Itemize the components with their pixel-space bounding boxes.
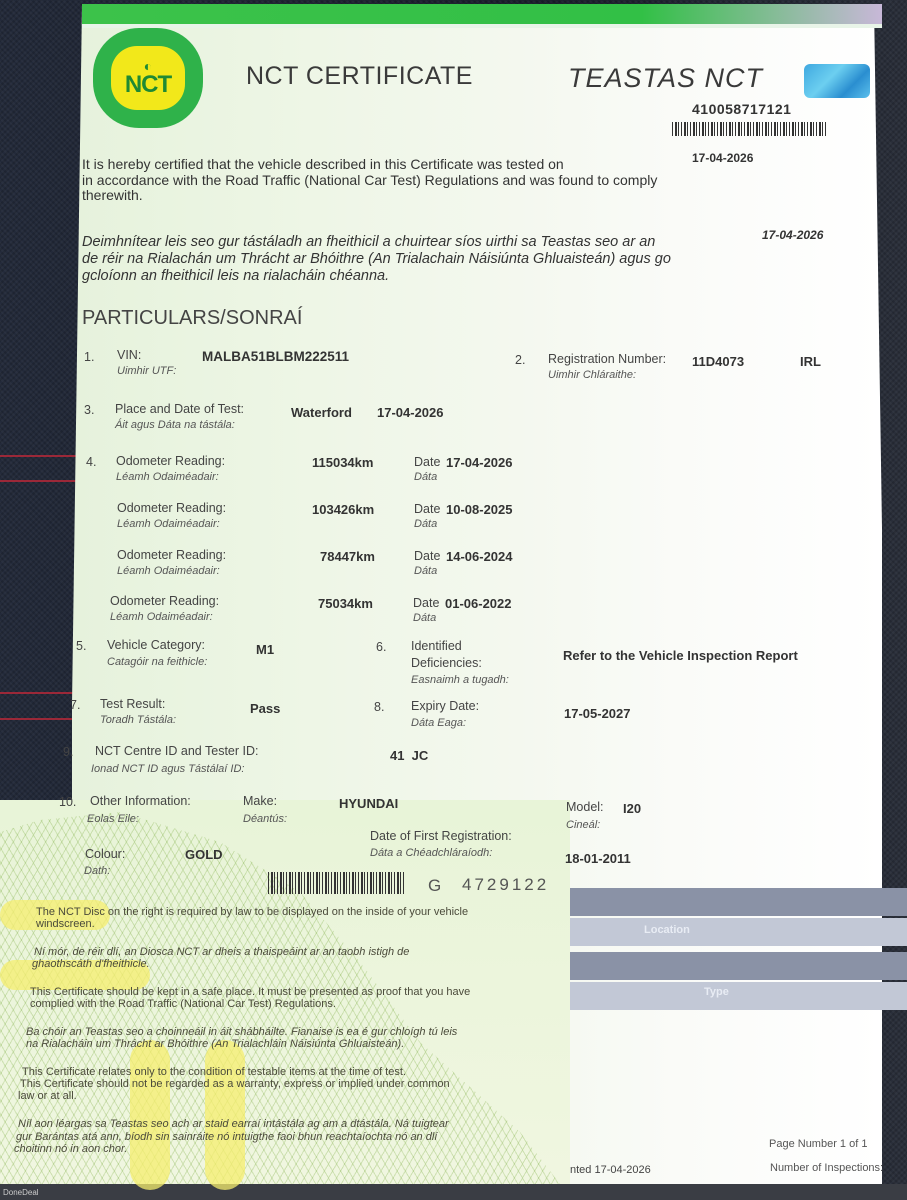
odometer-date: 17-04-2026 [446, 455, 513, 470]
make-label: Make: [243, 795, 277, 808]
odometer-date-label: Date [414, 455, 440, 469]
notice-line: choitinn nó in aon chor. [14, 1143, 127, 1155]
make-value: HYUNDAI [339, 796, 398, 811]
item-number: 8. [374, 700, 384, 714]
statement-en-line: therewith. [82, 187, 143, 203]
item-number: 10. [59, 795, 76, 809]
vin-label: VIN: [117, 349, 141, 362]
centre-label-ga: Ionad NCT ID agus Tástálaí ID: [91, 763, 244, 775]
vin-label-ga: Uimhir UTF: [117, 365, 176, 377]
watermark-logo: DoneDeal [3, 1188, 39, 1197]
colour-value: GOLD [185, 847, 223, 862]
statement-ga-line: gcloíonn an fheithicil leis na rialachái… [82, 268, 389, 285]
model-label-ga: Cineál: [566, 819, 600, 831]
item-number: 4. [86, 455, 96, 469]
nct-logo: ◐ NCT [93, 28, 203, 128]
item-number: 5. [76, 639, 86, 653]
printed-date: nted 17-04-2026 [570, 1164, 651, 1176]
test-date: 17-04-2026 [377, 405, 444, 420]
item-number: 2. [515, 353, 525, 367]
expiry-label: Expiry Date: [411, 700, 479, 713]
model-value: I20 [623, 801, 641, 816]
odometer-label: Odometer Reading: [117, 549, 226, 562]
registration-country: IRL [800, 354, 821, 369]
result-label-ga: Toradh Tástála: [100, 714, 176, 726]
odometer-label-ga: Léamh Odaiméadair: [117, 565, 220, 577]
notice-line: This Certificate should be kept in a saf… [30, 986, 470, 998]
deficiencies-label: Deficiencies: [411, 657, 482, 670]
odometer-label: Odometer Reading: [117, 502, 226, 515]
odometer-label: Odometer Reading: [116, 455, 225, 468]
title-irish: TEASTAS NCT [568, 63, 763, 94]
hologram-icon [804, 64, 870, 98]
expiry-value: 17-05-2027 [564, 706, 631, 721]
notice-line: The NCT Disc on the right is required by… [36, 906, 468, 918]
expiry-label-ga: Dáta Eaga: [411, 717, 466, 729]
item-number: 3. [84, 403, 94, 417]
statement-ga-line: Deimhnítear leis seo gur tástáladh an fh… [82, 234, 655, 251]
location-label: Location [644, 924, 690, 936]
disc-barcode [268, 872, 406, 894]
first-registration-label-ga: Dáta a Chéadchláraíodh: [370, 847, 492, 859]
notice-line: Níl aon léargas sa Teastas seo ach ar st… [18, 1118, 449, 1130]
type-label: Type [704, 986, 729, 998]
odometer-date-label-ga: Dáta [414, 471, 437, 483]
odometer-label-ga: Léamh Odaiméadair: [117, 518, 220, 530]
colour-label-ga: Dath: [84, 865, 110, 877]
odometer-date-label-ga: Dáta [414, 518, 437, 530]
disc-code-number: 4729122 [462, 875, 549, 895]
statement-en-line: It is hereby certified that the vehicle … [82, 156, 564, 172]
odometer-date: 01-06-2022 [445, 596, 512, 611]
notice-line: Ba chóir an Teastas seo a choinneáil in … [26, 1026, 457, 1038]
odometer-label-ga: Léamh Odaiméadair: [116, 471, 219, 483]
centre-value: 41 JC [390, 748, 428, 763]
notice-line: ghaothscáth d'fheithicle. [32, 958, 150, 970]
place-date-label: Place and Date of Test: [115, 403, 244, 416]
deficiencies-label: Identified [411, 640, 462, 653]
test-date-ga: 17-04-2026 [762, 228, 823, 242]
category-label-ga: Catagóir na feithicle: [107, 656, 207, 668]
odometer-date-label: Date [413, 596, 439, 610]
serial-number: 410058717121 [692, 101, 791, 117]
odometer-date: 10-08-2025 [446, 502, 513, 517]
title-english: NCT CERTIFICATE [246, 62, 473, 91]
statement-ga-line: de réir na Rialachán um Thrácht ar Bhóit… [82, 251, 671, 268]
notice-line: complied with the Road Traffic (National… [30, 998, 336, 1010]
inspections-count-label: Number of Inspections: [770, 1162, 883, 1174]
background-fabric-bottom [0, 1184, 907, 1200]
first-registration-value: 18-01-2011 [565, 851, 631, 866]
odometer-label-ga: Léamh Odaiméadair: [110, 611, 213, 623]
item-number: 9. [63, 745, 73, 759]
test-date-en: 17-04-2026 [692, 151, 753, 165]
registration-label: Registration Number: [548, 353, 666, 366]
item-number: 7. [70, 698, 80, 712]
other-info-label-ga: Eolas Eile: [87, 813, 139, 825]
colour-label: Colour: [85, 848, 125, 861]
result-label: Test Result: [100, 698, 165, 711]
other-info-label: Other Information: [90, 795, 191, 808]
stitch-line [0, 480, 78, 482]
stitch-line [0, 718, 78, 720]
first-registration-label: Date of First Registration: [370, 830, 512, 843]
odometer-date: 14-06-2024 [446, 549, 513, 564]
odometer-label: Odometer Reading: [110, 595, 219, 608]
odometer-value: 103426km [312, 502, 374, 517]
notice-line: gur Barántas atá ann, bíodh sin sainráit… [16, 1131, 437, 1143]
result-value: Pass [250, 701, 280, 716]
registration-value: 11D4073 [692, 354, 744, 369]
security-pattern [130, 1040, 170, 1190]
security-pattern [205, 1040, 245, 1190]
stitch-line [0, 692, 78, 694]
odometer-value: 78447km [320, 549, 375, 564]
notice-line: na Rialacháin um Thrácht ar Bhóithre (An… [26, 1038, 404, 1050]
registration-label-ga: Uimhir Chláraithe: [548, 369, 636, 381]
odometer-date-label: Date [414, 502, 440, 516]
page-number: Page Number 1 of 1 [769, 1138, 867, 1150]
notice-line: law or at all. [18, 1090, 77, 1102]
inspection-report-stub: Location Type [570, 888, 907, 1014]
disc-code-letter: G [428, 876, 441, 896]
odometer-date-label: Date [414, 549, 440, 563]
odometer-value: 75034km [318, 596, 373, 611]
odometer-date-label-ga: Dáta [413, 612, 436, 624]
make-label-ga: Déantús: [243, 813, 287, 825]
serial-barcode [672, 122, 828, 136]
notice-line: Ní mór, de réir dlí, an Diosca NCT ar dh… [34, 946, 409, 958]
odometer-date-label-ga: Dáta [414, 565, 437, 577]
item-number: 6. [376, 640, 386, 654]
odometer-value: 115034km [312, 455, 373, 470]
statement-en-line: in accordance with the Road Traffic (Nat… [82, 172, 657, 188]
header-green-bar [82, 4, 882, 28]
model-label: Model: [566, 801, 604, 814]
item-number: 1. [84, 350, 94, 364]
notice-line: This Certificate relates only to the con… [22, 1066, 406, 1078]
stitch-line [0, 455, 78, 457]
test-place: Waterford [291, 405, 352, 420]
notice-line: windscreen. [36, 918, 95, 930]
notice-line: This Certificate should not be regarded … [20, 1078, 450, 1090]
particulars-heading: PARTICULARS/SONRAÍ [82, 307, 302, 330]
category-label: Vehicle Category: [107, 639, 205, 652]
centre-label: NCT Centre ID and Tester ID: [95, 745, 259, 758]
place-date-label-ga: Áit agus Dáta na tástála: [115, 419, 235, 431]
vin-value: MALBA51BLBM222511 [202, 349, 349, 364]
deficiencies-value: Refer to the Vehicle Inspection Report [563, 648, 798, 663]
deficiencies-label-ga: Easnaimh a tugadh: [411, 674, 509, 686]
category-value: M1 [256, 642, 274, 657]
